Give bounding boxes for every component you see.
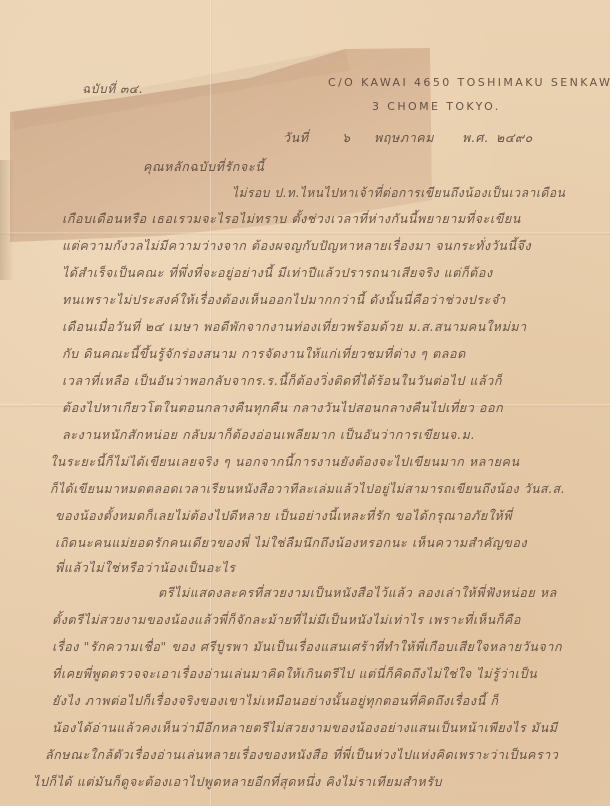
text-line: ลักษณะใกล้ตัวเรื่องอ่านเล่นหลายเรื่องของ…: [45, 745, 559, 765]
text-line: ก็ได้เขียนมาหมดตลอดเวลาเรียนหนังสือวาทีล…: [50, 479, 565, 499]
text-line: ตั้งตรีไม่สวยงามของน้องแล้วพี่ก็จักละม้า…: [52, 610, 521, 630]
text-line: พี่แล้วไม่ใช่หรือว่าน้องเป็นอะไร: [55, 558, 236, 578]
text-line: น้องได้อ่านแล้วคงเห็นว่ามีอีกหลายตรีไม่ส…: [52, 718, 558, 738]
text-line: ยังไง ภาพต่อไปก็เรื่องจริงของเขาไม่เหมือ…: [52, 691, 499, 711]
text-line: เถิดนะคนแม่ยอดรักคนเดียวของพี่ ไม่ใช่ลืม…: [55, 533, 527, 553]
horizontal-fold-line-upper: [0, 232, 610, 235]
date-year-label: พ.ศ.: [462, 128, 489, 148]
text-line: ได้สำเร็จเป็นคณะ ที่พึ่งที่จะอยู่อย่างนี…: [62, 263, 493, 283]
date-month: พฤษภาคม: [374, 128, 434, 148]
text-line: ของน้องตั้งหมดก็เลยไม่ต้องไปดีหลาย เป็นอ…: [55, 506, 512, 526]
date-day-label: วันที่: [283, 128, 309, 148]
text-line: ละงานหนักสักหน่อย กลับมาก็ต้องอ่อนเพลียม…: [62, 425, 475, 445]
text-line: ที่เคยพี่พูดตรวจจะเอาเรื่องอ่านเล่นมาคิด…: [52, 664, 537, 684]
salutation: คุณหลักฉบับที่รักจะนี้: [143, 157, 264, 177]
text-line: เวลาที่เหลือ เป็นอันว่าพอกลับจากร.ร.นี้ก…: [62, 371, 502, 391]
text-line: ในระยะนี้ก็ไม่ได้เขียนเลยจริง ๆ นอกจากนี…: [50, 452, 520, 472]
text-line: ตรีไม่แสดงละครที่สวยงามเป็นหนังสือไว้แล้…: [158, 583, 557, 603]
date-year: ๒๔๙๐: [496, 128, 533, 148]
letter-page: ฉบับที่ ๓๔. C/O KAWAI 4650 TOSHIMAKU SEN…: [0, 0, 610, 806]
left-edge-shadow: [0, 160, 14, 280]
text-line: กับ ดินคณะนี้ขึ้นรู้จักร่องสนาม การจัดงา…: [62, 344, 466, 364]
text-line: ไม่รอบ ป.ท.ไหนไปหาเจ้าที่ต่อการเขียนถึงน…: [232, 183, 565, 203]
letter-number: ฉบับที่ ๓๔.: [82, 80, 143, 99]
date-day: ๖: [342, 128, 351, 148]
text-line: ต้องไปหาเกียวโตในตอนกลางคืนทุกคืน กลางวั…: [62, 398, 503, 418]
text-line: ไปก็ได้ แต่มันก็ดูจะต้องเอาไปพูดหลายอีกท…: [33, 772, 442, 792]
text-line: เรื่อง "รักความเชื่อ" ของ ศรีบูรพา มันเป…: [52, 637, 562, 657]
text-line: ทนเพราะไม่ประสงค์ให้เรื่องต้องเห็นออกไปม…: [62, 290, 506, 310]
address-line-2: 3 CHOME TOKYO.: [372, 100, 501, 113]
address-line-1: C/O KAWAI 4650 TOSHIMAKU SENKAWACHO: [328, 76, 610, 89]
text-line: เกือบเดือนหรือ เธอเรวมจะไรอไม่ทราบ ตั้งช…: [62, 209, 521, 229]
text-line: เดือนเมื่อวันที่ ๒๔ เมษา พอดีพักจากงานท่…: [62, 317, 527, 337]
text-line: แต่ความกังวลไม่มีความว่างจาก ต้องผจญกับป…: [62, 236, 531, 256]
